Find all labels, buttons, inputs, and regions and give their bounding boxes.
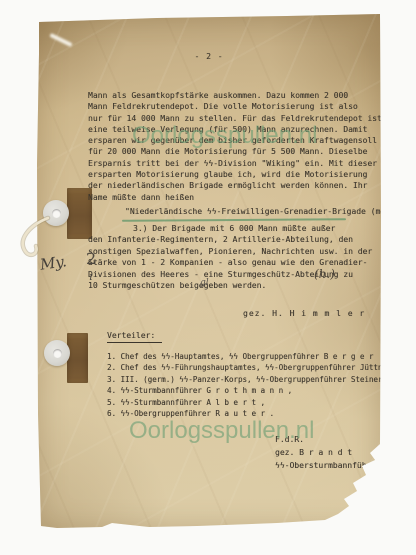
paraph-annotation: (h.): [314, 267, 335, 281]
hole-punch-bottom: [44, 340, 70, 366]
list-item: 2. Chef des ϟϟ-Führungshauptamtes, ϟϟ-Ob…: [107, 362, 391, 373]
page-number: - 2 -: [187, 51, 231, 62]
list-item: 3. III. (germ.) ϟϟ-Panzer-Korps, ϟϟ-Ober…: [107, 374, 391, 385]
text-line: Ersparnis tritt bei der ϟϟ-Division "Wik…: [88, 158, 382, 169]
brandt-rank: ϟϟ-Obersturmbannführer: [275, 459, 381, 472]
text-line: den Infanterie-Regimentern, 2 Artillerie…: [88, 234, 372, 245]
text-line: Mann als Gesamtkopfstärke auskommen. Daz…: [88, 90, 382, 101]
list-item: 1. Chef des ϟϟ-Hauptamtes, ϟϟ Obergruppe…: [107, 351, 391, 362]
brandt-signature: gez. B r a n d t: [275, 446, 381, 459]
margin-tick-annotation: ı: [89, 270, 93, 283]
list-item: 5. ϟϟ-Sturmbannführer A l b e r t ,: [107, 397, 391, 408]
green-pencil-underline: [122, 218, 346, 222]
paper-crease: [49, 33, 72, 47]
himmler-signature: gez. H. H i m m l e r: [243, 308, 365, 319]
margin-number-annotation: 2: [86, 249, 96, 268]
repair-tape-bottom: [67, 333, 88, 383]
text-line: 3.) Der Brigade mit 6 000 Mann müßte auß…: [88, 223, 372, 234]
text-line: Mann Feldrekrutendepot. Die volle Motori…: [88, 101, 382, 112]
watermark-top: Oorlogsspullen.nl: [132, 122, 317, 150]
text-line: ersparten Motorisierung glaube ich, wird…: [88, 169, 382, 180]
list-item: 4. ϟϟ-Sturmbannführer G r o t h m a n n …: [107, 385, 391, 396]
margin-initials-annotation: My.: [39, 252, 68, 274]
verteiler-heading: Verteiler:: [107, 330, 162, 343]
distribution-list: 1. Chef des ϟϟ-Hauptamtes, ϟϟ Obergruppe…: [107, 351, 391, 419]
text-line: 10 Sturmgeschützen beigegeben werden.: [88, 280, 372, 291]
photo-background: - 2 - Mann als Gesamtkopfstärke auskomme…: [0, 0, 416, 555]
text-line: sonstigen Spezialwaffen, Pionieren, Nach…: [88, 246, 372, 257]
text-line: Name müßte dann heißen: [88, 192, 382, 203]
paragraph-sturmgeschuetz: 3.) Der Brigade mit 6 000 Mann müßte auß…: [88, 223, 372, 291]
punch-hole: [53, 349, 62, 358]
text-line: der niederländischen Brigade ermöglicht …: [88, 180, 382, 191]
brigade-name-quote: "Niederländische ϟϟ-Freiwilligen-Grenadi…: [125, 206, 404, 217]
under-text-annotation: gl: [200, 278, 209, 288]
watermark-bottom: Oorlogsspullen.nl: [129, 417, 314, 445]
